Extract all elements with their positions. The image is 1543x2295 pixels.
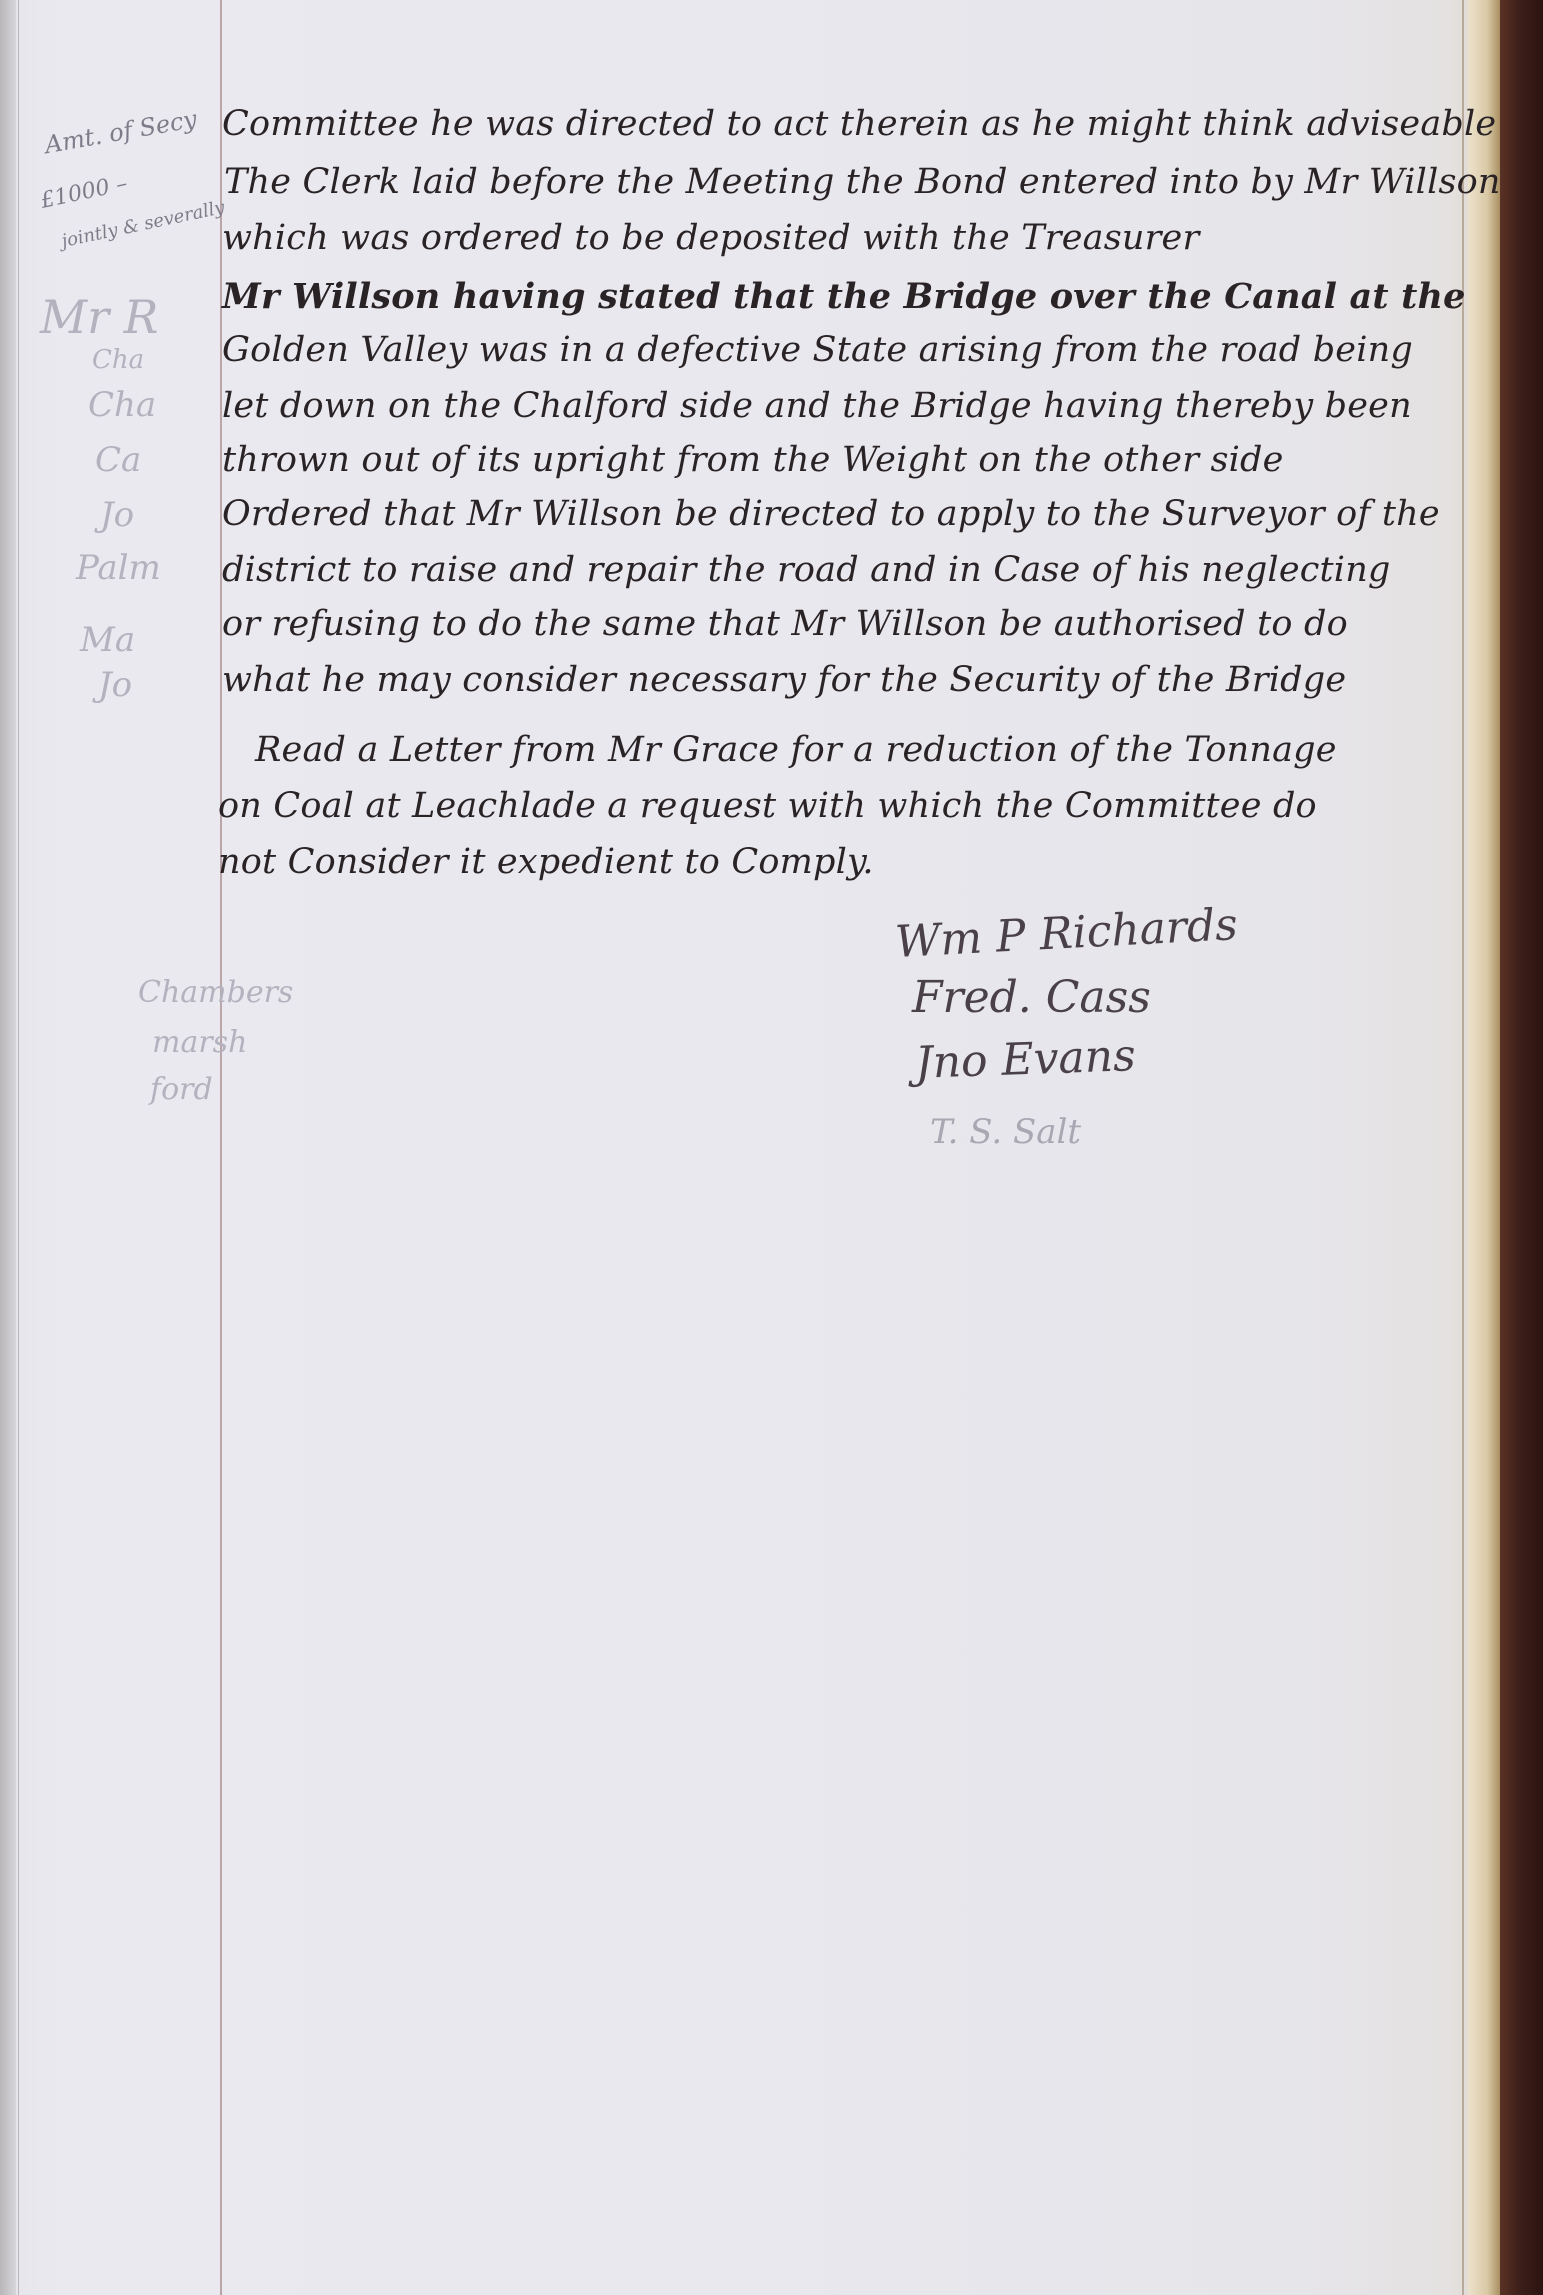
signature: Jno Evans (914, 1030, 1136, 1089)
minute-line: not Consider it expedient to Comply. (218, 842, 874, 882)
minute-line: what he may consider necessary for the S… (222, 660, 1346, 700)
pencil-note: Mr R (40, 290, 158, 344)
margin-note-sum: £1000 – (38, 171, 129, 214)
minute-line: Read a Letter from Mr Grace for a reduct… (255, 730, 1337, 770)
ledger-page: Amt. of Secy £1000 – jointly & severally… (0, 0, 1500, 2295)
pencil-note: Chambers (138, 975, 293, 1010)
pencil-note: Jo (100, 495, 134, 535)
minute-line: or refusing to do the same that Mr Wills… (222, 604, 1348, 644)
book-cover-edge (1500, 0, 1543, 2295)
minute-line: thrown out of its upright from the Weigh… (222, 440, 1284, 480)
pencil-note: Cha (92, 345, 144, 375)
page-block-edge (1468, 0, 1500, 2295)
right-border-line (1462, 0, 1464, 2295)
minute-line: The Clerk laid before the Meeting the Bo… (224, 162, 1501, 202)
margin-note-amount-of-security: Amt. of Secy (43, 105, 199, 159)
minute-line: Ordered that Mr Willson be directed to a… (222, 494, 1440, 534)
minute-line: which was ordered to be deposited with t… (222, 218, 1199, 258)
signature: Wm P Richards (894, 899, 1239, 968)
pencil-note: ford (150, 1072, 213, 1107)
pencil-note: Ca (95, 440, 141, 480)
minute-line: Mr Willson having stated that the Bridge… (222, 276, 1466, 317)
margin-note-jointly: jointly & severally (60, 197, 227, 252)
minute-line: district to raise and repair the road an… (222, 550, 1391, 590)
minute-line: Golden Valley was in a defective State a… (222, 330, 1413, 370)
pencil-note: marsh (152, 1025, 247, 1060)
signature: Fred. Cass (912, 972, 1151, 1023)
pencil-note: Ma (80, 620, 135, 660)
previous-page-edge (0, 0, 16, 2295)
pencil-note: Palm (76, 548, 161, 588)
minute-line: let down on the Chalford side and the Br… (222, 386, 1412, 426)
pencil-note: Jo (98, 665, 132, 705)
pencil-note: Cha (88, 385, 156, 425)
page-gutter-line (18, 0, 19, 2295)
signature-faint: T. S. Salt (930, 1112, 1081, 1152)
minute-line: Committee he was directed to act therein… (222, 104, 1496, 144)
minute-line: on Coal at Leachlade a request with whic… (218, 786, 1317, 826)
